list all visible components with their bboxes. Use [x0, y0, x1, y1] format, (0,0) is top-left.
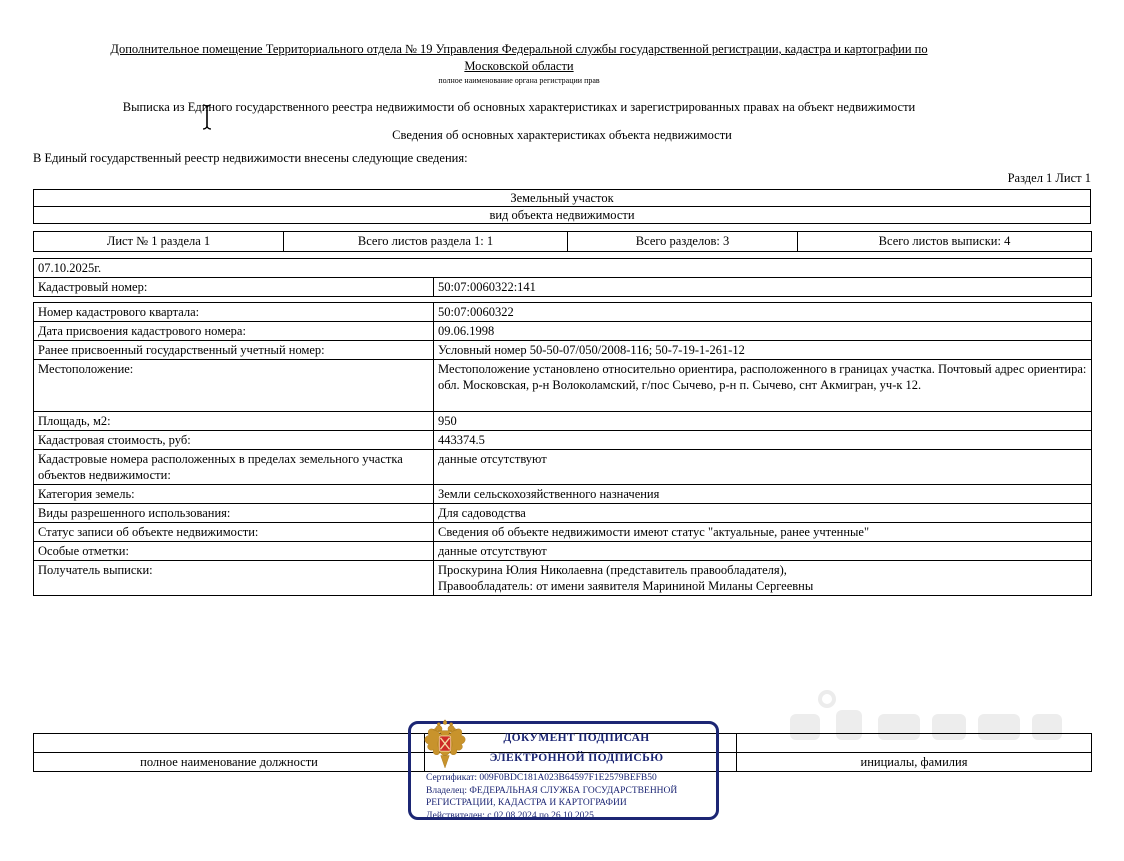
row-value: 09.06.1998 [434, 322, 1092, 341]
table-row: Дата присвоения кадастрового номера: 09.… [34, 322, 1092, 341]
table-row: Кадастровые номера расположенных в преде… [34, 450, 1092, 485]
object-type-value: Земельный участок [34, 190, 1091, 207]
table-row: Кадастровая стоимость, руб: 443374.5 [34, 431, 1092, 450]
record-table: Номер кадастрового квартала: 50:07:00603… [33, 302, 1092, 596]
signature-space [34, 734, 425, 753]
section-sheet-label: Раздел 1 Лист 1 [33, 171, 1091, 186]
document-subtitle: Сведения об основных характеристиках объ… [33, 128, 1091, 143]
table-row: Статус записи об объекте недвижимости: С… [34, 523, 1092, 542]
row-label: Кадастровая стоимость, руб: [34, 431, 434, 450]
row-label: Статус записи об объекте недвижимости: [34, 523, 434, 542]
row-value: Для садоводства [434, 504, 1092, 523]
table-row: Кадастровый номер: 50:07:0060322:141 [34, 278, 1092, 297]
row-label: Кадастровый номер: [34, 278, 434, 297]
stamp-details: Сертификат: 009F0BDC181A023B64597F1E2579… [426, 772, 694, 822]
row-label: Категория земель: [34, 485, 434, 504]
row-value: Условный номер 50-50-07/050/2008-116; 50… [434, 341, 1092, 360]
sheet-number-cell: Лист № 1 раздела 1 [34, 232, 284, 252]
row-value: Земли сельскохозяйственного назначения [434, 485, 1092, 504]
org-name-caption: полное наименование органа регистрации п… [33, 76, 1005, 86]
table-row: Земельный участок [34, 190, 1091, 207]
table-row: 07.10.2025г. [34, 259, 1092, 278]
row-value: данные отсутствуют [434, 542, 1092, 561]
sheets-in-section-cell: Всего листов раздела 1: 1 [284, 232, 568, 252]
row-label: Особые отметки: [34, 542, 434, 561]
row-value: Местоположение установлено относительно … [434, 360, 1092, 412]
row-value: 443374.5 [434, 431, 1092, 450]
row-value: данные отсутствуют [434, 450, 1092, 485]
position-caption: полное наименование должности [34, 753, 425, 772]
row-value: 50:07:0060322 [434, 303, 1092, 322]
sections-total-cell: Всего разделов: 3 [568, 232, 798, 252]
row-label: Виды разрешенного использования: [34, 504, 434, 523]
table-row: вид объекта недвижимости [34, 207, 1091, 224]
row-value: Сведения об объекте недвижимости имеют с… [434, 523, 1092, 542]
table-row: Номер кадастрового квартала: 50:07:00603… [34, 303, 1092, 322]
electronic-signature-stamp: ДОКУМЕНТ ПОДПИСАН ЭЛЕКТРОННОЙ ПОДПИСЬЮ С… [408, 721, 719, 820]
row-label: Ранее присвоенный государственный учетны… [34, 341, 434, 360]
object-type-table: Земельный участок вид объекта недвижимос… [33, 189, 1091, 224]
table-row: Местоположение: Местоположение установле… [34, 360, 1092, 412]
row-label: Местоположение: [34, 360, 434, 412]
table-row: Лист № 1 раздела 1 Всего листов раздела … [34, 232, 1092, 252]
document-title: Выписка из Единого государственного реес… [33, 99, 1005, 115]
stamp-title-line2: ЭЛЕКТРОННОЙ ПОДПИСЬЮ [441, 752, 712, 764]
stamp-title-line1: ДОКУМЕНТ ПОДПИСАН [441, 732, 712, 744]
row-label: Площадь, м2: [34, 412, 434, 431]
row-value: 950 [434, 412, 1092, 431]
intro-line: В Единый государственный реестр недвижим… [33, 151, 1091, 166]
table-row: Площадь, м2: 950 [34, 412, 1092, 431]
row-label: Дата присвоения кадастрового номера: [34, 322, 434, 341]
table-row: Виды разрешенного использования: Для сад… [34, 504, 1092, 523]
egrn-extract-document: Дополнительное помещение Территориальног… [0, 0, 1124, 861]
table-row: Получатель выписки: Проскурина Юлия Нико… [34, 561, 1092, 596]
stamp-certificate: Сертификат: 009F0BDC181A023B64597F1E2579… [426, 772, 694, 785]
org-name-line1: Дополнительное помещение Территориальног… [33, 41, 1005, 58]
name-caption: инициалы, фамилия [737, 753, 1092, 772]
row-value: 50:07:0060322:141 [434, 278, 1092, 297]
sheets-summary-table: Лист № 1 раздела 1 Всего листов раздела … [33, 231, 1092, 252]
table-row: Ранее присвоенный государственный учетны… [34, 341, 1092, 360]
signature-space [737, 734, 1092, 753]
object-type-caption: вид объекта недвижимости [34, 207, 1091, 224]
org-name-line2: Московской области [33, 58, 1005, 75]
row-label: Номер кадастрового квартала: [34, 303, 434, 322]
stamp-validity: Действителен: с 02.08.2024 по 26.10.2025 [426, 810, 694, 823]
row-label: Кадастровые номера расположенных в преде… [34, 450, 434, 485]
registration-authority-name: Дополнительное помещение Территориальног… [33, 41, 1005, 86]
stamp-owner: Владелец: ФЕДЕРАЛЬНАЯ СЛУЖБА ГОСУДАРСТВЕ… [426, 785, 694, 810]
record-head-table: 07.10.2025г. Кадастровый номер: 50:07:00… [33, 258, 1092, 297]
table-row: Категория земель: Земли сельскохозяйстве… [34, 485, 1092, 504]
row-label: Получатель выписки: [34, 561, 434, 596]
row-value: Проскурина Юлия Николаевна (представител… [434, 561, 1092, 596]
record-date: 07.10.2025г. [34, 259, 1092, 278]
text-cursor-icon [200, 103, 214, 136]
sheets-total-cell: Всего листов выписки: 4 [798, 232, 1092, 252]
table-row: Особые отметки: данные отсутствуют [34, 542, 1092, 561]
